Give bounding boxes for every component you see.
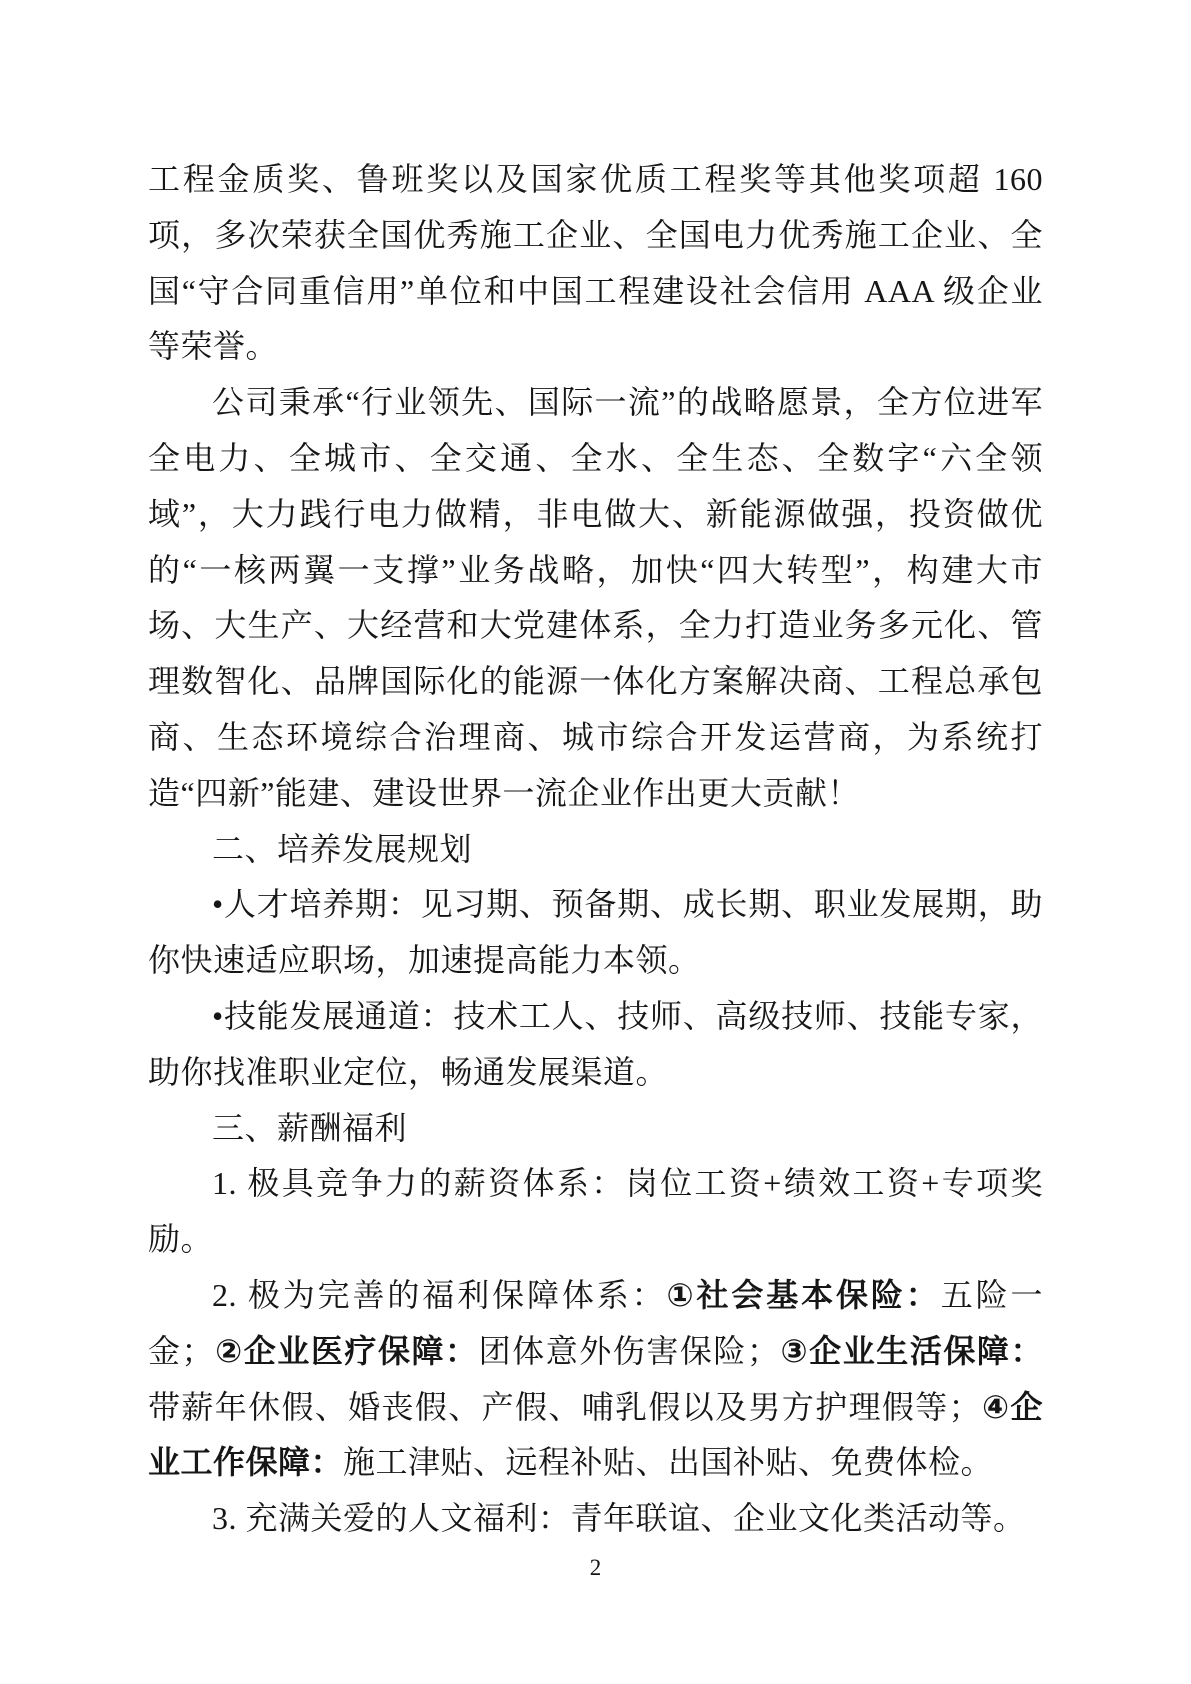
welfare-social-insurance-label: ①社会基本保险：	[667, 1277, 941, 1313]
bullet-skill-channel: •技能发展通道：技术工人、技师、高级技师、技能专家，助你找准职业定位，畅通发展渠…	[148, 989, 1043, 1101]
welfare-life-label: ③企业生活保障：	[779, 1333, 1042, 1369]
section-heading-compensation: 三、薪酬福利	[148, 1101, 1043, 1157]
welfare-medical-text: 团体意外伤害保险；	[479, 1333, 780, 1369]
item-salary-system: 1. 极具竞争力的薪资体系：岗位工资+绩效工资+专项奖励。	[148, 1156, 1043, 1268]
welfare-work-text: 施工津贴、远程补贴、出国补贴、免费体检。	[343, 1444, 993, 1480]
section-heading-training: 二、培养发展规划	[148, 822, 1043, 878]
page-number: 2	[0, 1552, 1191, 1584]
document-body: 工程金质奖、鲁班奖以及国家优质工程奖等其他奖项超 160 项，多次荣获全国优秀施…	[148, 152, 1043, 1547]
welfare-medical-label: ②企业医疗保障：	[214, 1333, 479, 1369]
welfare-intro-run: 2. 极为完善的福利保障体系：	[212, 1277, 667, 1313]
welfare-life-text: 带薪年休假、婚丧假、产假、哺乳假以及男方护理假等；	[148, 1389, 981, 1425]
item-humanistic-welfare: 3. 充满关爱的人文福利：青年联谊、企业文化类活动等。	[148, 1491, 1043, 1547]
paragraph-awards: 工程金质奖、鲁班奖以及国家优质工程奖等其他奖项超 160 项，多次荣获全国优秀施…	[148, 152, 1043, 375]
item-welfare-system: 2. 极为完善的福利保障体系：①社会基本保险：五险一金；②企业医疗保障：团体意外…	[148, 1268, 1043, 1491]
bullet-talent-cultivation: •人才培养期：见习期、预备期、成长期、职业发展期，助你快速适应职场，加速提高能力…	[148, 877, 1043, 989]
document-page: 工程金质奖、鲁班奖以及国家优质工程奖等其他奖项超 160 项，多次荣获全国优秀施…	[0, 0, 1191, 1684]
paragraph-strategy: 公司秉承“行业领先、国际一流”的战略愿景，全方位进军全电力、全城市、全交通、全水…	[148, 375, 1043, 821]
